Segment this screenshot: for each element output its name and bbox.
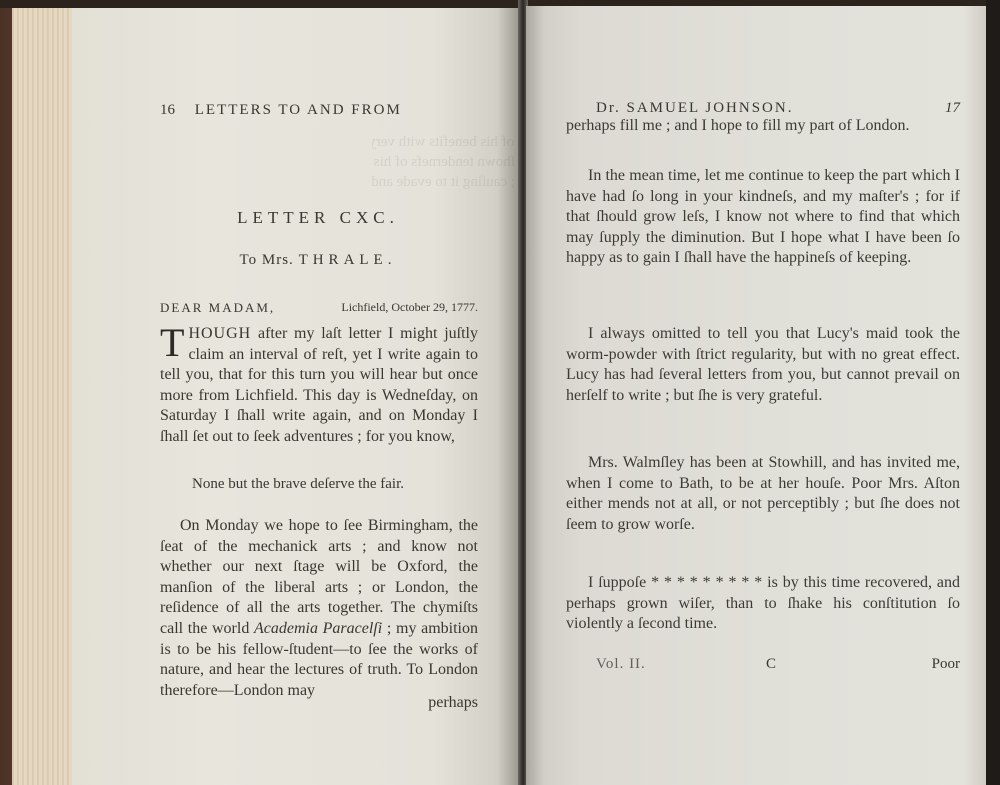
- paragraph-text: I ſuppoſe * * * * * * * * * is by this t…: [566, 573, 960, 635]
- paragraph-continuation: perhaps fill me ; and I hope to fill my …: [566, 116, 960, 137]
- paragraph-text: Mrs. Walmſley has been at Stowhill, and …: [566, 453, 960, 535]
- page-number-right: 17: [945, 100, 960, 117]
- volume-mark: Vol. II.: [596, 656, 646, 673]
- show-through-text: reur of his benefits with very gentlehim…: [372, 132, 542, 192]
- catchword-right: Poor: [932, 656, 960, 673]
- paragraph-lucy: I always omitted to tell you that Lucy's…: [566, 324, 960, 406]
- left-running-head: 16 LETTERS TO AND FROM: [160, 102, 402, 119]
- paragraph-suppose: I ſuppoſe * * * * * * * * * is by this t…: [566, 573, 960, 635]
- verse-quotation: None but the brave deſerve the fair.: [192, 476, 404, 493]
- paragraph-text: On Monday we hope to ſee Birmingham, the…: [160, 517, 478, 637]
- paragraph-text: perhaps fill me ; and I hope to fill my …: [566, 116, 960, 137]
- signature-mark: C: [766, 656, 776, 673]
- letter-title: LETTER CXC.: [72, 208, 544, 228]
- italic-phrase: Academia Paracelſi: [254, 620, 382, 637]
- paragraph-text: I always omitted to tell you that Lucy's…: [566, 324, 960, 406]
- book-right-edge: [986, 0, 1000, 785]
- salutation: DEAR MADAM,: [160, 300, 275, 315]
- page-number-left: 16: [160, 102, 175, 118]
- recipient-prefix: To Mrs.: [240, 252, 294, 268]
- paragraph-walmsley: Mrs. Walmſley has been at Stowhill, and …: [566, 453, 960, 535]
- left-page: reur of his benefits with very gentlehim…: [72, 8, 524, 785]
- catchword-left: perhaps: [160, 694, 478, 712]
- drop-cap: T: [160, 326, 184, 360]
- right-running-head: Dr. SAMUEL JOHNSON. 17: [596, 100, 960, 117]
- dateline: Lichfield, October 29, 1777.: [341, 300, 478, 315]
- paragraph-text: after my laſt letter I might juſtly clai…: [160, 325, 478, 445]
- paragraph-text: In the mean time, let me continue to kee…: [566, 166, 960, 269]
- right-page: Dr. SAMUEL JOHNSON. 17 perhaps fill me ;…: [526, 6, 986, 785]
- running-head-title: Dr. SAMUEL JOHNSON.: [596, 100, 793, 116]
- paragraph-kindness: In the mean time, let me continue to kee…: [566, 166, 960, 269]
- paragraph-birmingham: On Monday we hope to ſee Birmingham, the…: [160, 516, 478, 701]
- recipient-name: THRALE.: [299, 252, 397, 268]
- opening-word: HOUGH: [188, 325, 251, 342]
- page-stack-edge: [12, 8, 80, 785]
- salutation-row: DEAR MADAM, Lichfield, October 29, 1777.: [160, 300, 478, 316]
- letter-recipient: To Mrs. THRALE.: [72, 252, 544, 269]
- running-head-title: LETTERS TO AND FROM: [195, 102, 402, 118]
- paragraph-opening: THOUGH after my laſt letter I might juſt…: [160, 324, 478, 448]
